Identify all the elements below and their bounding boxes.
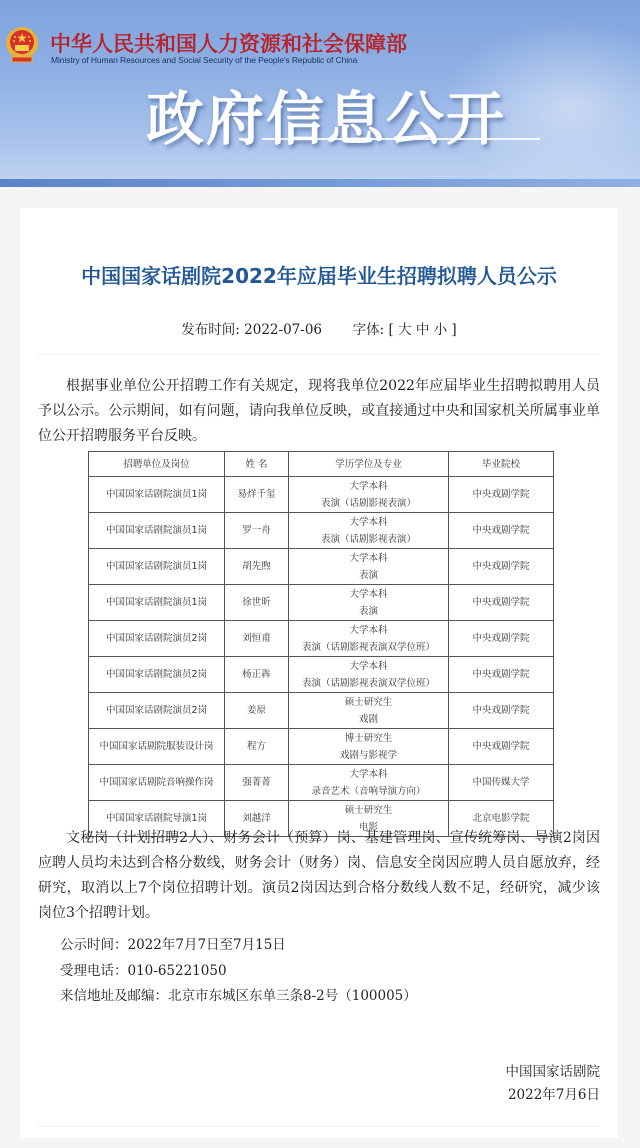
cell-degree: 大学本科 — [291, 550, 446, 567]
table-row: 中国国家话剧院服装设计岗 程方 博士研究生戏剧与影视学 中央戏剧学院 — [89, 729, 554, 765]
title-underline — [262, 138, 540, 140]
cell-school: 中央戏剧学院 — [449, 657, 554, 693]
font-bracket-close: ] — [451, 322, 456, 338]
cell-degree: 大学本科 — [291, 766, 446, 783]
table-row: 中国国家话剧院演员1岗 罗一舟 大学本科表演（话剧影视表演） 中央戏剧学院 — [89, 513, 554, 549]
table-row: 中国国家话剧院演员1岗 易烊千玺 大学本科表演（话剧影视表演） 中央戏剧学院 — [89, 477, 554, 513]
article-title: 中国国家话剧院2022年应届毕业生招聘拟聘人员公示 — [20, 260, 618, 289]
cell-position: 中国国家话剧院音响操作岗 — [89, 765, 225, 801]
cell-degree-major: 大学本科表演（话剧影视表演双学位班） — [289, 657, 449, 693]
table-row: 中国国家话剧院演员1岗 徐世昕 大学本科表演 中央戏剧学院 — [89, 585, 554, 621]
cell-major: 表演（话剧影视表演双学位班） — [291, 675, 446, 692]
header-school: 毕业院校 — [449, 452, 554, 477]
intro-paragraph: 根据事业单位公开招聘工作有关规定，现将我单位2022年应届毕业生招聘拟聘用人员予… — [38, 374, 600, 449]
cell-major: 戏剧与影视学 — [291, 747, 446, 764]
cell-name: 徐世昕 — [225, 585, 289, 621]
cell-school: 中央戏剧学院 — [449, 693, 554, 729]
cell-degree: 大学本科 — [291, 622, 446, 639]
table-row: 中国国家话剧院演员2岗 刘恒甫 大学本科表演（话剧影视表演双学位班） 中央戏剧学… — [89, 621, 554, 657]
cell-degree: 硕士研究生 — [291, 694, 446, 711]
cell-school: 中央戏剧学院 — [449, 729, 554, 765]
cell-degree: 硕士研究生 — [291, 802, 446, 819]
header-degree-major: 学历学位及专业 — [289, 452, 449, 477]
publish-date: 2022-07-06 — [244, 322, 322, 338]
table-row: 中国国家话剧院演员2岗 杨正犇 大学本科表演（话剧影视表演双学位班） 中央戏剧学… — [89, 657, 554, 693]
cell-name: 刘恒甫 — [225, 621, 289, 657]
cell-major: 表演（话剧影视表演） — [291, 495, 446, 512]
cell-position: 中国国家话剧院演员2岗 — [89, 657, 225, 693]
cell-school: 中央戏剧学院 — [449, 477, 554, 513]
cell-position: 中国国家话剧院演员1岗 — [89, 477, 225, 513]
cell-school: 中央戏剧学院 — [449, 513, 554, 549]
article-meta: 发布时间: 2022-07-06 字体: [ 大 中 小 ] — [20, 318, 618, 338]
cell-degree-major: 硕士研究生戏剧 — [289, 693, 449, 729]
table-row: 中国国家话剧院演员2岗 姜原 硕士研究生戏剧 中央戏剧学院 — [89, 693, 554, 729]
table-row: 中国国家话剧院音响操作岗 强菁菁 大学本科录音艺术（音响导演方向） 中国传媒大学 — [89, 765, 554, 801]
cell-position: 中国国家话剧院服装设计岗 — [89, 729, 225, 765]
font-size-large-button[interactable]: 大 — [398, 318, 412, 338]
cell-position: 中国国家话剧院演员2岗 — [89, 693, 225, 729]
footer-divider — [38, 1126, 600, 1127]
cell-degree-major: 大学本科表演（话剧影视表演双学位班） — [289, 621, 449, 657]
table-row: 中国国家话剧院演员1岗 胡先煦 大学本科表演 中央戏剧学院 — [89, 549, 554, 585]
publicity-period: 公示时间：2022年7月7日至7月15日 — [60, 933, 286, 953]
cell-degree: 大学本科 — [291, 514, 446, 531]
font-bracket-open: [ — [388, 322, 393, 338]
cell-degree-major: 大学本科表演 — [289, 549, 449, 585]
font-size-label: 字体: — [353, 318, 385, 338]
meta-divider — [38, 354, 600, 355]
cell-school: 中央戏剧学院 — [449, 621, 554, 657]
cell-school: 中央戏剧学院 — [449, 585, 554, 621]
cell-position: 中国国家话剧院演员1岗 — [89, 585, 225, 621]
section-title: 政府信息公开 — [146, 72, 506, 156]
cell-degree-major: 博士研究生戏剧与影视学 — [289, 729, 449, 765]
cell-school: 中央戏剧学院 — [449, 549, 554, 585]
cell-name: 易烊千玺 — [225, 477, 289, 513]
cell-major: 表演 — [291, 567, 446, 584]
signature-date: 2022年7月6日 — [508, 1083, 600, 1103]
recruit-table: 招聘单位及岗位 姓 名 学历学位及专业 毕业院校 中国国家话剧院演员1岗 易烊千… — [88, 451, 554, 837]
cell-position: 中国国家话剧院演员2岗 — [89, 621, 225, 657]
cell-name: 姜原 — [225, 693, 289, 729]
header-position: 招聘单位及岗位 — [89, 452, 225, 477]
ministry-name-cn: 中华人民共和国人力资源和社会保障部 — [50, 28, 407, 58]
cell-name: 强菁菁 — [225, 765, 289, 801]
cell-degree-major: 大学本科表演（话剧影视表演） — [289, 513, 449, 549]
header-banner: 中华人民共和国人力资源和社会保障部 Ministry of Human Reso… — [0, 0, 640, 187]
cell-school: 中国传媒大学 — [449, 765, 554, 801]
cell-major: 表演（话剧影视表演） — [291, 531, 446, 548]
font-size-small-button[interactable]: 小 — [434, 318, 448, 338]
cell-name: 罗一舟 — [225, 513, 289, 549]
cell-degree-major: 大学本科表演 — [289, 585, 449, 621]
contact-phone: 受理电话：010-65221050 — [60, 959, 227, 979]
cancellation-note: 文秘岗（计划招聘2人）、财务会计（预算）岗、基建管理岗、宣传统筹岗、导演2岗因应… — [38, 826, 600, 926]
cell-degree-major: 大学本科表演（话剧影视表演） — [289, 477, 449, 513]
publish-label: 发布时间: — [181, 318, 240, 338]
article-card: 中国国家话剧院2022年应届毕业生招聘拟聘人员公示 发布时间: 2022-07-… — [20, 208, 618, 1138]
cell-position: 中国国家话剧院演员1岗 — [89, 513, 225, 549]
national-emblem-icon — [4, 26, 40, 66]
font-size-medium-button[interactable]: 中 — [416, 318, 430, 338]
cell-major: 戏剧 — [291, 711, 446, 728]
header-name: 姓 名 — [225, 452, 289, 477]
table-header-row: 招聘单位及岗位 姓 名 学历学位及专业 毕业院校 — [89, 452, 554, 477]
cell-major: 表演 — [291, 603, 446, 620]
cell-major: 表演（话剧影视表演双学位班） — [291, 639, 446, 656]
cell-name: 杨正犇 — [225, 657, 289, 693]
cell-major: 录音艺术（音响导演方向） — [291, 783, 446, 800]
cell-degree: 大学本科 — [291, 658, 446, 675]
cell-position: 中国国家话剧院演员1岗 — [89, 549, 225, 585]
cell-degree: 博士研究生 — [291, 730, 446, 747]
signature-org: 中国国家话剧院 — [506, 1060, 601, 1080]
ministry-name-en: Ministry of Human Resources and Social S… — [51, 55, 357, 65]
cell-name: 程方 — [225, 729, 289, 765]
cell-degree: 大学本科 — [291, 478, 446, 495]
cell-degree-major: 大学本科录音艺术（音响导演方向） — [289, 765, 449, 801]
cell-name: 胡先煦 — [225, 549, 289, 585]
cell-degree: 大学本科 — [291, 586, 446, 603]
mailing-address: 来信地址及邮编：北京市东城区东单三条8-2号（100005） — [60, 984, 417, 1004]
